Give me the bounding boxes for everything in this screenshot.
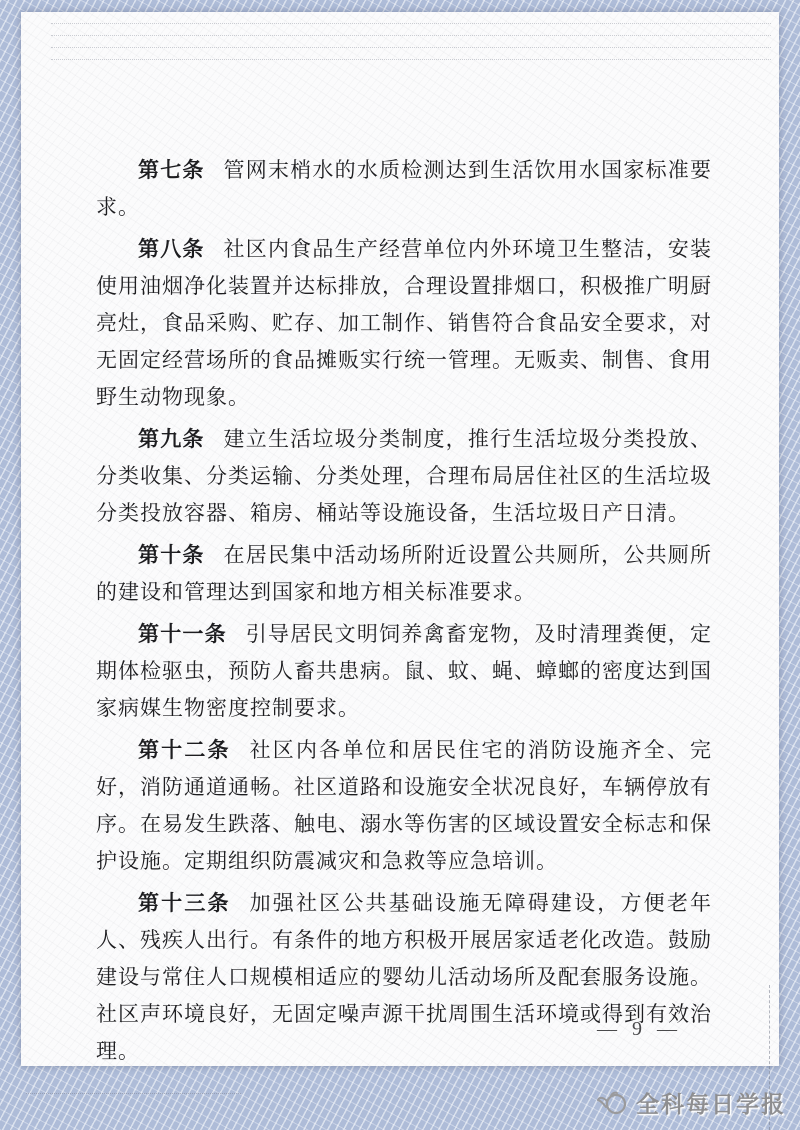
article-5: 第十一条引导居民文明饲养禽畜宠物，及时清理粪便，定期体检驱虫，预防人畜共患病。鼠… [96, 616, 712, 727]
document-page: 第七条管网末梢水的水质检测达到生活饮用水国家标准要求。第八条社区内食品生产经营单… [21, 12, 779, 1066]
article-1: 第七条管网末梢水的水质检测达到生活饮用水国家标准要求。 [96, 152, 712, 226]
article-heading: 第十一条 [138, 622, 227, 646]
article-2: 第八条社区内食品生产经营单位内外环境卫生整洁，安装使用油烟净化装置并达标排放，合… [96, 231, 712, 416]
scan-noise-lines [51, 12, 771, 60]
article-heading: 第八条 [138, 237, 205, 261]
publisher-watermark-text: 全科每日学报 [636, 1086, 786, 1119]
scan-edge-line-bottom [26, 1093, 241, 1094]
article-heading: 第七条 [138, 158, 205, 182]
publisher-logo-icon [597, 1089, 629, 1117]
article-heading: 第十条 [138, 543, 205, 567]
article-6: 第十二条社区内各单位和居民住宅的消防设施齐全、完好，消防通道通畅。社区道路和设施… [96, 732, 712, 880]
article-heading: 第十三条 [138, 891, 231, 915]
article-body: 社区内食品生产经营单位内外环境卫生整洁，安装使用油烟净化装置并达标排放，合理设置… [96, 237, 712, 409]
article-3: 第九条建立生活垃圾分类制度，推行生活垃圾分类投放、分类收集、分类运输、分类处理，… [96, 421, 712, 532]
publisher-watermark: 全科每日学报 [597, 1086, 786, 1119]
page-number: — 9 — [597, 1018, 682, 1041]
scanned-document: 第七条管网末梢水的水质检测达到生活饮用水国家标准要求。第八条社区内食品生产经营单… [0, 0, 800, 1130]
article-heading: 第九条 [138, 427, 205, 451]
article-list: 第七条管网末梢水的水质检测达到生活饮用水国家标准要求。第八条社区内食品生产经营单… [96, 152, 712, 1075]
article-heading: 第十二条 [138, 738, 231, 762]
article-4: 第十条在居民集中活动场所附近设置公共厕所，公共厕所的建设和管理达到国家和地方相关… [96, 537, 712, 611]
article-7: 第十三条加强社区公共基础设施无障碍建设，方便老年人、残疾人出行。有条件的地方积极… [96, 885, 712, 1070]
